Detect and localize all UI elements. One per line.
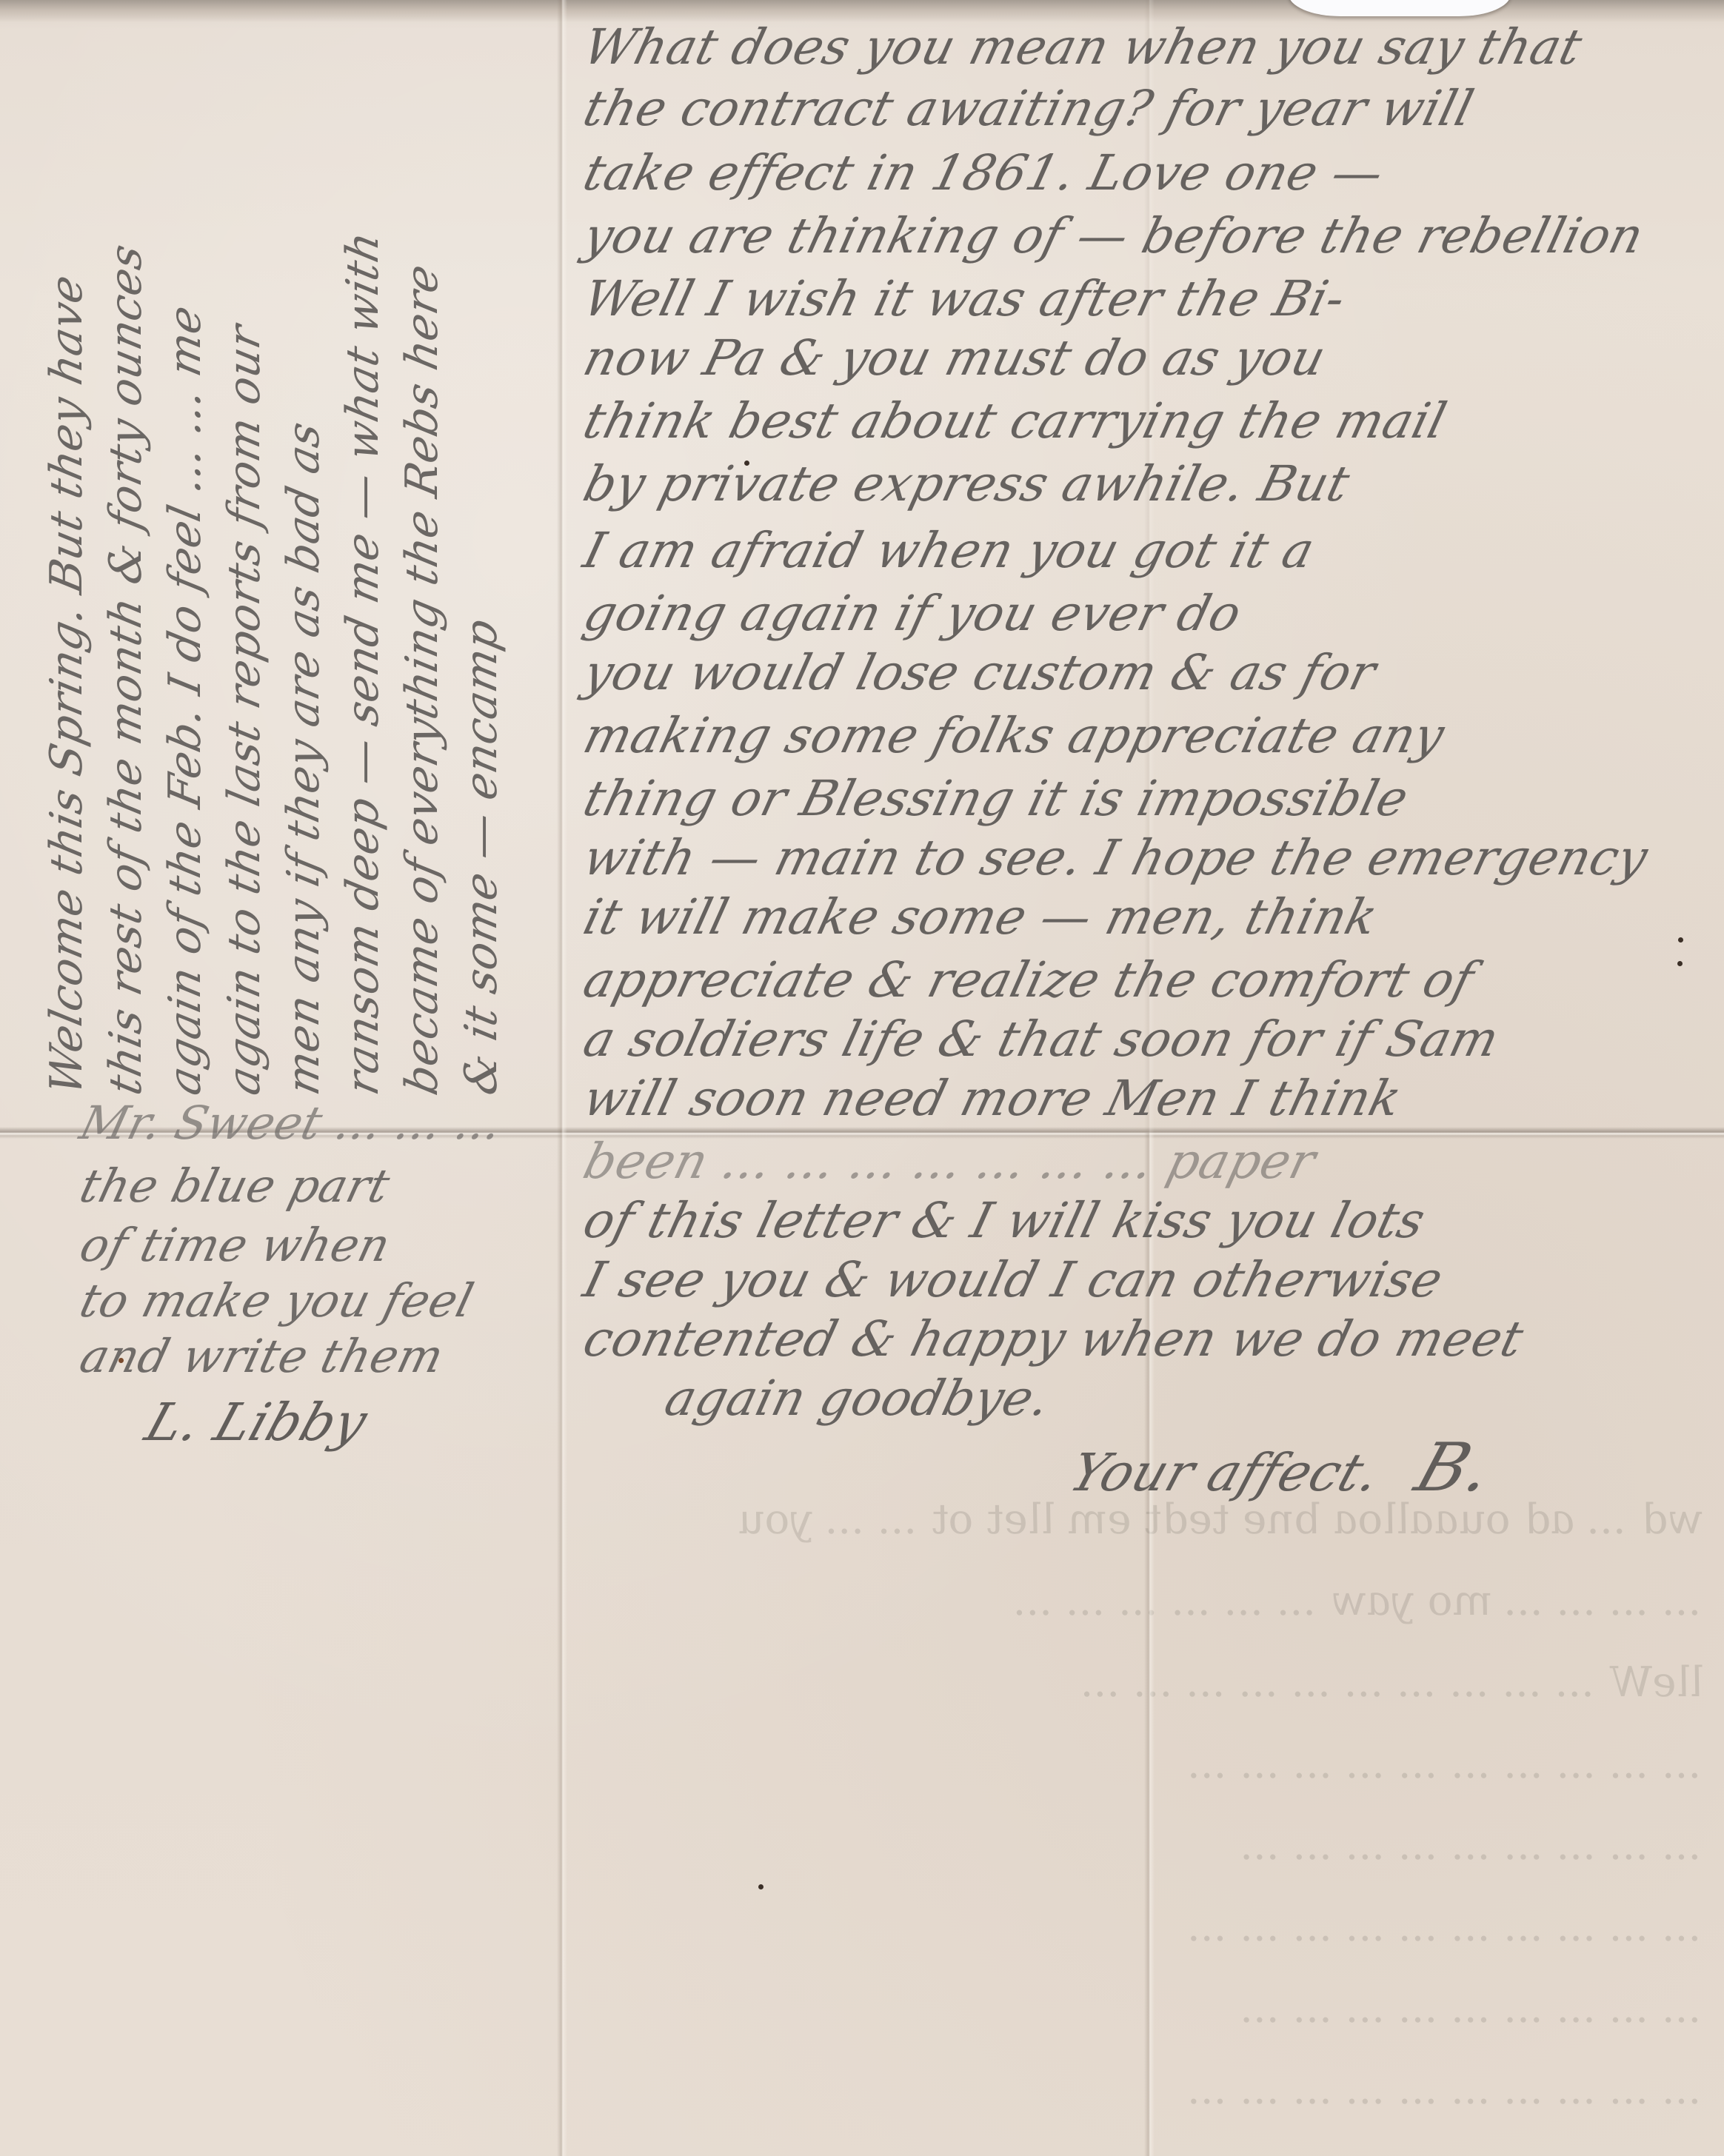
bleed-line: lleW ... ... ... ... ... ... ... ... ...…	[25, 1658, 1707, 1707]
letter-line: What does you mean when you say that	[578, 19, 1588, 76]
letter-line: take effect in 1861. Love one —	[578, 144, 1389, 201]
closing-text: Your affect.	[1063, 1442, 1389, 1503]
side-line: this rest of the month & forty ounces	[100, 239, 152, 1099]
letter-line: Well I wish it was after the Bi-	[578, 270, 1351, 327]
bleed-line: ... ... ... ... ... ... ... ... ... ...	[25, 1903, 1707, 1951]
paper-speck	[1678, 937, 1683, 943]
paper-speck	[744, 461, 749, 466]
postscript-line: the blue part	[75, 1159, 395, 1213]
letter-line: of this letter & I will kiss you lots	[578, 1192, 1431, 1249]
bleed-line: ... ... ... ... ... ... ... ... ...	[25, 1821, 1707, 1869]
paper-speck	[1677, 961, 1683, 966]
side-line: Welcome this Spring. But they have	[41, 270, 93, 1099]
letter-line: you would lose custom & as for	[578, 644, 1381, 701]
bleed-line: ... ... ... ... mo yaw ... ... ... ... .…	[25, 1577, 1707, 1625]
letter-line: will soon need more Men I think	[578, 1070, 1407, 1127]
postscript-line: of time when	[75, 1218, 396, 1272]
side-line: became of everything the Rebs here	[396, 260, 448, 1099]
letter-line: a soldiers life & that soon for if Sam	[578, 1011, 1505, 1068]
letter-line: it will make some — men, think	[578, 888, 1383, 945]
side-line: again to the last reports from our	[218, 321, 270, 1099]
paper-notch	[1289, 0, 1511, 16]
side-line: men any if they are as bad as	[278, 417, 330, 1099]
paper-speck	[758, 1884, 764, 1889]
side-line: ransom deep — send me — what with	[337, 227, 389, 1099]
bleed-line: ... ... ... ... ... ... ... ... ...	[25, 1984, 1707, 2032]
letter-line: been ... ... ... ... ... ... ... paper	[578, 1133, 1321, 1190]
letter-line: I am afraid when you got it a	[578, 522, 1320, 579]
letter-line: making some folks appreciate any	[578, 707, 1450, 764]
letter-line: going again if you ever do	[578, 585, 1247, 642]
postscript-line: and write them	[75, 1329, 450, 1383]
letter-line: with — main to see. I hope the emergency	[578, 829, 1653, 886]
letter-line: I see you & would I can otherwise	[578, 1251, 1449, 1308]
vertical-fold-left	[557, 0, 567, 2156]
letter-closing: Your affect. B.	[1061, 1429, 1503, 1507]
letter-line: thing or Blessing it is impossible	[578, 770, 1414, 827]
bleed-line: ... ... ... ... ... ... ... ... ... ...	[25, 1740, 1707, 1788]
letter-line: you are thinking of — before the rebelli…	[578, 207, 1649, 264]
letter-line: now Pa & you must do as you	[578, 329, 1332, 386]
letter-line: again goodbye.	[659, 1370, 1055, 1427]
letter-line: contented & happy when we do meet	[578, 1310, 1528, 1367]
letter-line: the contract awaiting? for year will	[578, 80, 1479, 137]
postscript-line: to make you feel	[75, 1273, 479, 1328]
letter-line: by private express awhile. But	[578, 455, 1355, 512]
postscript-line: Mr. Sweet ... ... ...	[75, 1096, 508, 1150]
letter-line: think best about carrying the mail	[578, 392, 1452, 449]
bleed-line: ... ... ... ... ... ... ... ... ... ...	[25, 2066, 1707, 2114]
side-line: & it some — encamp	[455, 615, 507, 1099]
paper-speck	[118, 1358, 124, 1363]
letter-line: appreciate & realize the comfort of	[578, 951, 1480, 1008]
side-line: again of the Feb. I do feel ... ... me	[159, 301, 211, 1099]
postscript-signature: L. Libby	[138, 1392, 375, 1453]
